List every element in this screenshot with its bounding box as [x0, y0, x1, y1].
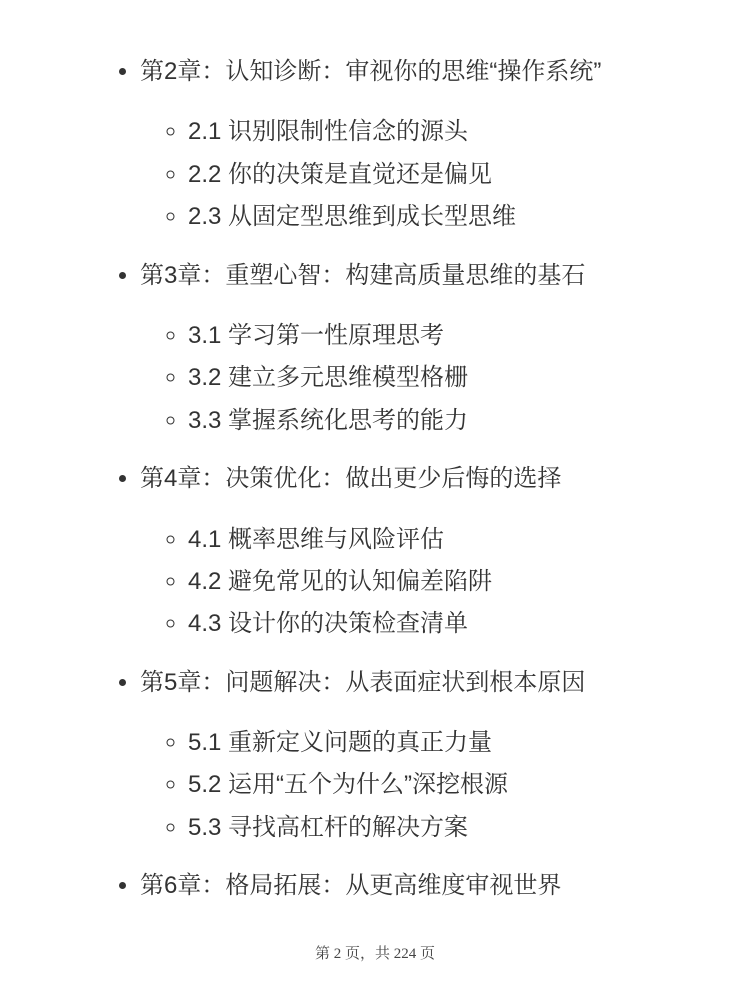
section-title: 4.1 概率思维与风险评估 — [188, 526, 444, 553]
section-item: 5.3 寻找高杠杆的解决方案 — [188, 812, 640, 844]
section-title: 2.3 从固定型思维到成长型思维 — [188, 203, 516, 230]
chapter-title: 第2章：认知诊断：审视你的思维“操作系统” — [140, 58, 601, 85]
chapter-2-sections: 2.1 识别限制性信念的源头 2.2 你的决策是直觉还是偏见 2.3 从固定型思… — [140, 116, 640, 233]
chapter-item-3: 第3章：重塑心智：构建高质量思维的基石 3.1 学习第一性原理思考 3.2 建立… — [140, 260, 640, 438]
chapter-title: 第5章：问题解决：从表面症状到根本原因 — [140, 669, 585, 696]
chapter-item-6: 第6章：格局拓展：从更高维度审视世界 — [140, 870, 640, 902]
section-item: 2.1 识别限制性信念的源头 — [188, 116, 640, 148]
section-item: 3.2 建立多元思维模型格栅 — [188, 362, 640, 394]
section-title: 4.2 避免常见的认知偏差陷阱 — [188, 568, 492, 595]
section-title: 5.2 运用“五个为什么”深挖根源 — [188, 771, 508, 798]
section-title: 3.2 建立多元思维模型格栅 — [188, 364, 468, 391]
section-title: 5.1 重新定义问题的真正力量 — [188, 729, 492, 756]
section-title: 5.3 寻找高杠杆的解决方案 — [188, 814, 468, 841]
section-item: 2.3 从固定型思维到成长型思维 — [188, 201, 640, 233]
chapter-item-2: 第2章：认知诊断：审视你的思维“操作系统” 2.1 识别限制性信念的源头 2.2… — [140, 56, 640, 234]
section-item: 2.2 你的决策是直觉还是偏见 — [188, 159, 640, 191]
chapter-3-sections: 3.1 学习第一性原理思考 3.2 建立多元思维模型格栅 3.3 掌握系统化思考… — [140, 320, 640, 437]
chapter-title: 第3章：重塑心智：构建高质量思维的基石 — [140, 262, 585, 289]
section-item: 5.1 重新定义问题的真正力量 — [188, 727, 640, 759]
section-title: 3.3 掌握系统化思考的能力 — [188, 407, 468, 434]
section-item: 4.3 设计你的决策检查清单 — [188, 608, 640, 640]
section-item: 3.3 掌握系统化思考的能力 — [188, 405, 640, 437]
chapter-title: 第6章：格局拓展：从更高维度审视世界 — [140, 872, 561, 899]
section-item: 4.1 概率思维与风险评估 — [188, 524, 640, 556]
section-title: 2.1 识别限制性信念的源头 — [188, 118, 468, 145]
page-number-footer: 第 2 页，共 224 页 — [0, 942, 750, 963]
section-title: 3.1 学习第一性原理思考 — [188, 322, 444, 349]
chapter-item-5: 第5章：问题解决：从表面症状到根本原因 5.1 重新定义问题的真正力量 5.2 … — [140, 667, 640, 845]
chapter-title: 第4章：决策优化：做出更少后悔的选择 — [140, 465, 561, 492]
section-title: 2.2 你的决策是直觉还是偏见 — [188, 161, 492, 188]
section-item: 5.2 运用“五个为什么”深挖根源 — [188, 769, 640, 801]
section-title: 4.3 设计你的决策检查清单 — [188, 610, 468, 637]
section-item: 4.2 避免常见的认知偏差陷阱 — [188, 566, 640, 598]
document-page: 第2章：认知诊断：审视你的思维“操作系统” 2.1 识别限制性信念的源头 2.2… — [0, 0, 750, 903]
toc-list: 第2章：认知诊断：审视你的思维“操作系统” 2.1 识别限制性信念的源头 2.2… — [100, 56, 640, 903]
chapter-5-sections: 5.1 重新定义问题的真正力量 5.2 运用“五个为什么”深挖根源 5.3 寻找… — [140, 727, 640, 844]
chapter-4-sections: 4.1 概率思维与风险评估 4.2 避免常见的认知偏差陷阱 4.3 设计你的决策… — [140, 524, 640, 641]
chapter-item-4: 第4章：决策优化：做出更少后悔的选择 4.1 概率思维与风险评估 4.2 避免常… — [140, 463, 640, 641]
section-item: 3.1 学习第一性原理思考 — [188, 320, 640, 352]
